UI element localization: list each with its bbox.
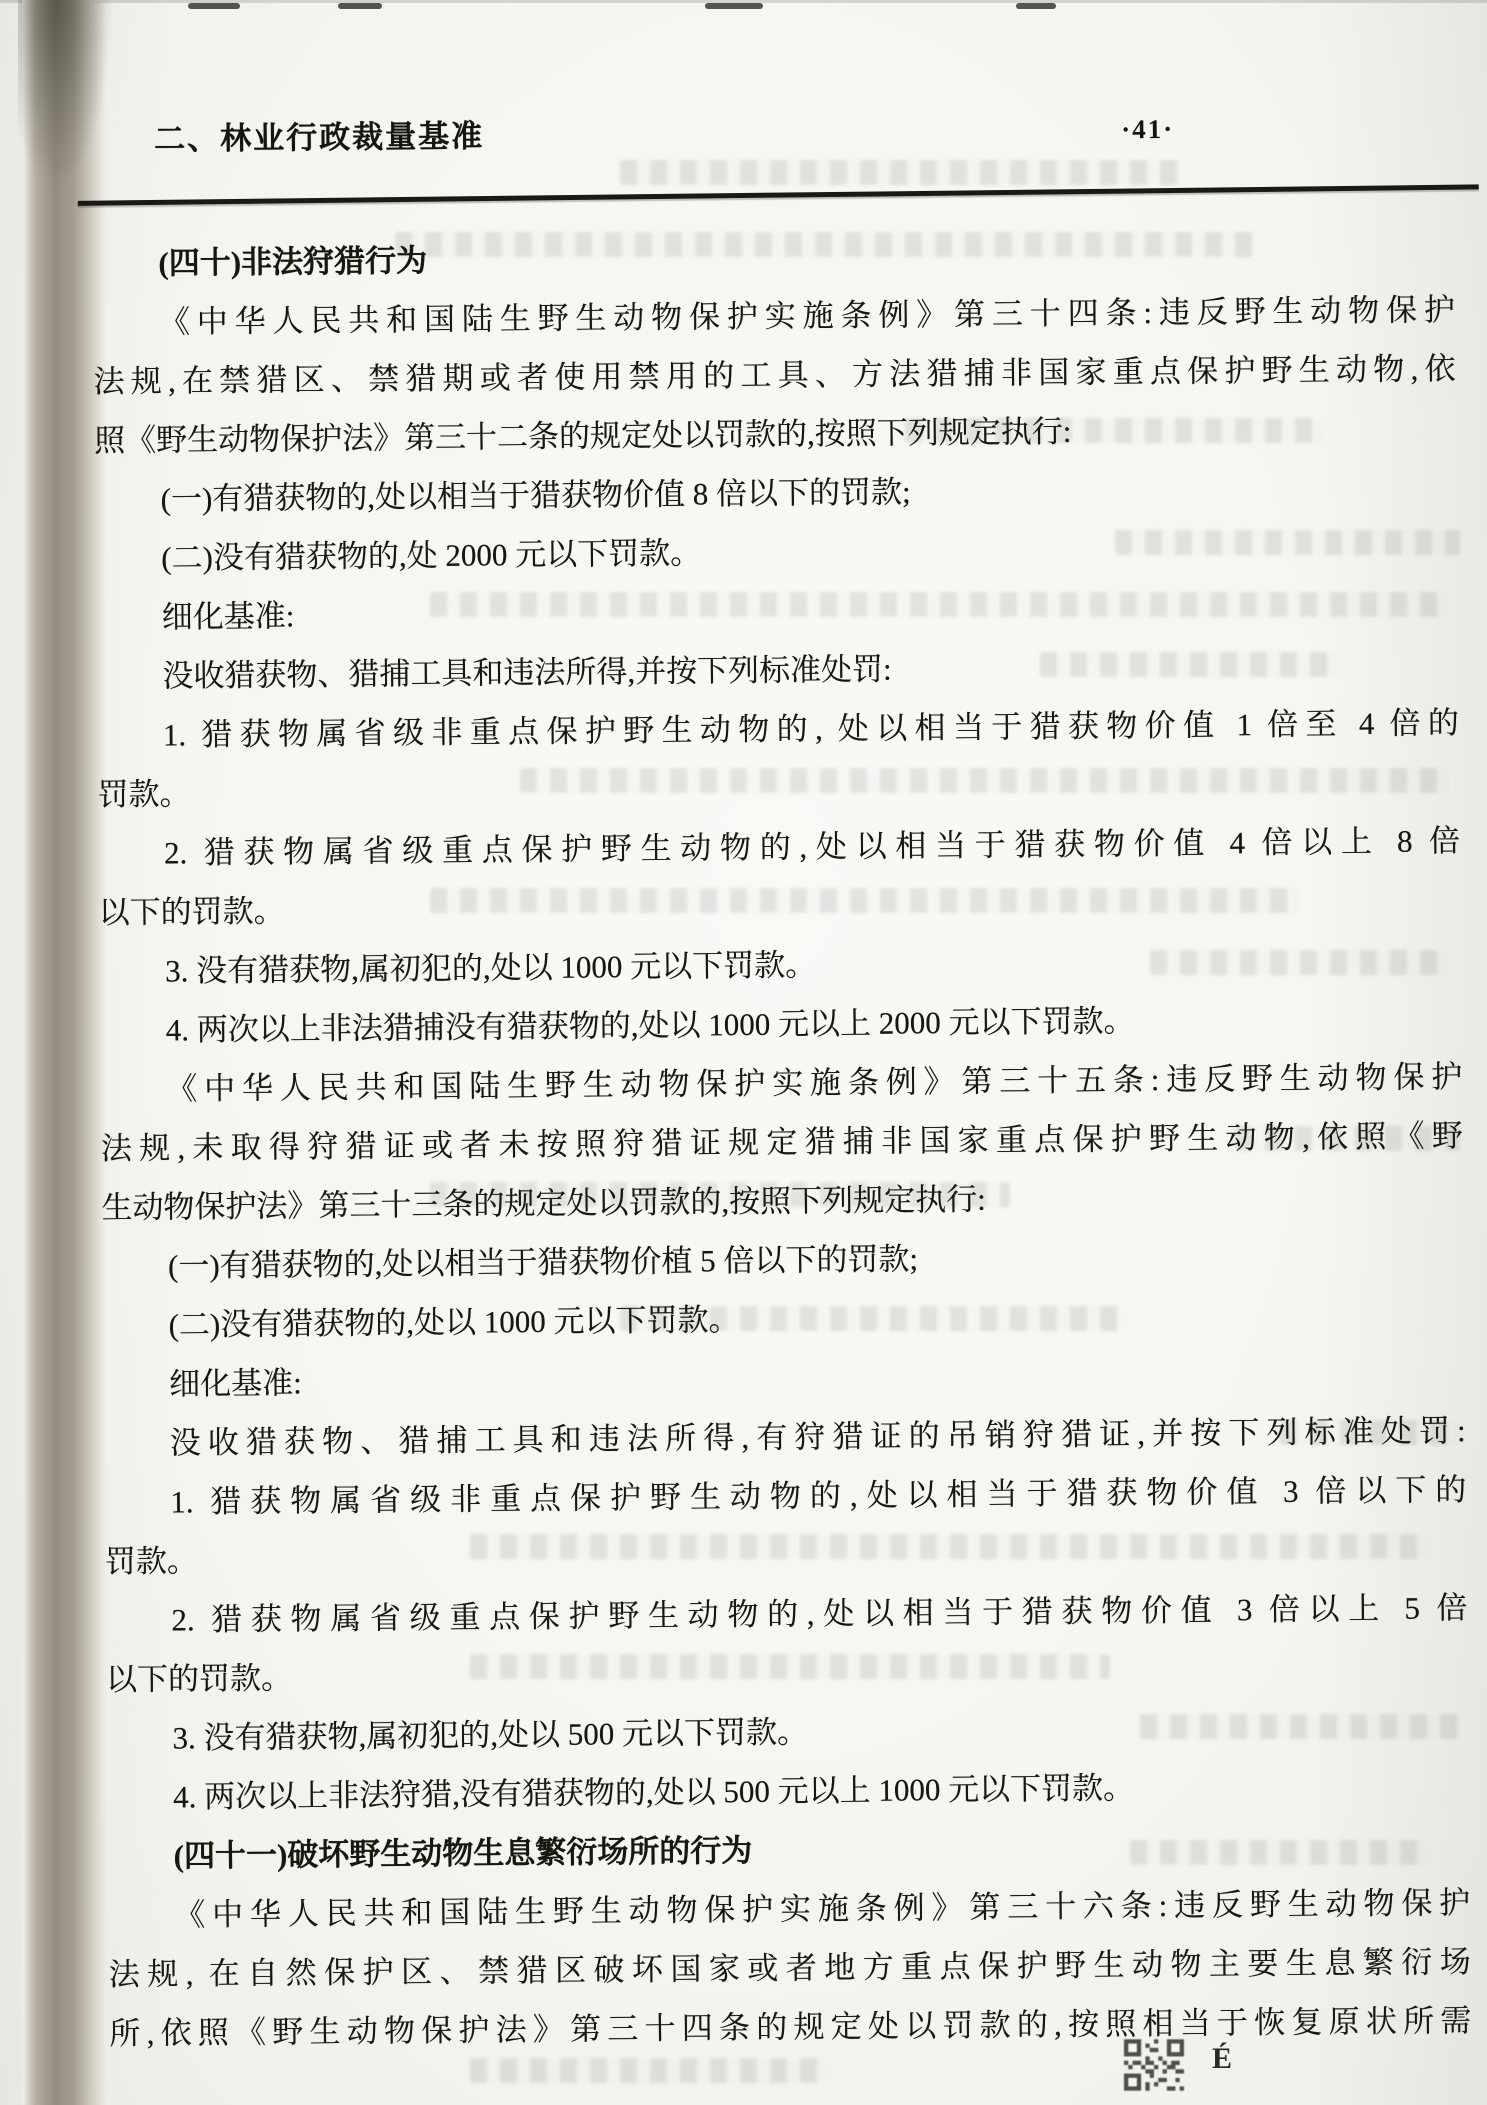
header-rule xyxy=(78,184,1479,205)
scanned-page: { "document": { "header": { "section_tit… xyxy=(0,0,1487,2105)
running-header-title: 二、林业行政裁量基准 xyxy=(154,110,484,158)
qr-code-icon xyxy=(1124,2038,1184,2092)
page-body: (四十)非法狩猎行为《中华人民共和国陆生野生动物保护实施条例》第三十四条:违反野… xyxy=(92,221,1471,2063)
page-number: ·41· xyxy=(1121,114,1174,146)
page-content: 二、林业行政裁量基准 ·41· (四十)非法狩猎行为《中华人民共和国陆生野生动物… xyxy=(0,0,1487,2105)
stamp-mark: É xyxy=(1212,2042,1232,2076)
text-line: 所,依照《野生动物保护法》第三十四条的规定处以罚款的,按照相当于恢复原状所需 xyxy=(109,1991,1472,2063)
